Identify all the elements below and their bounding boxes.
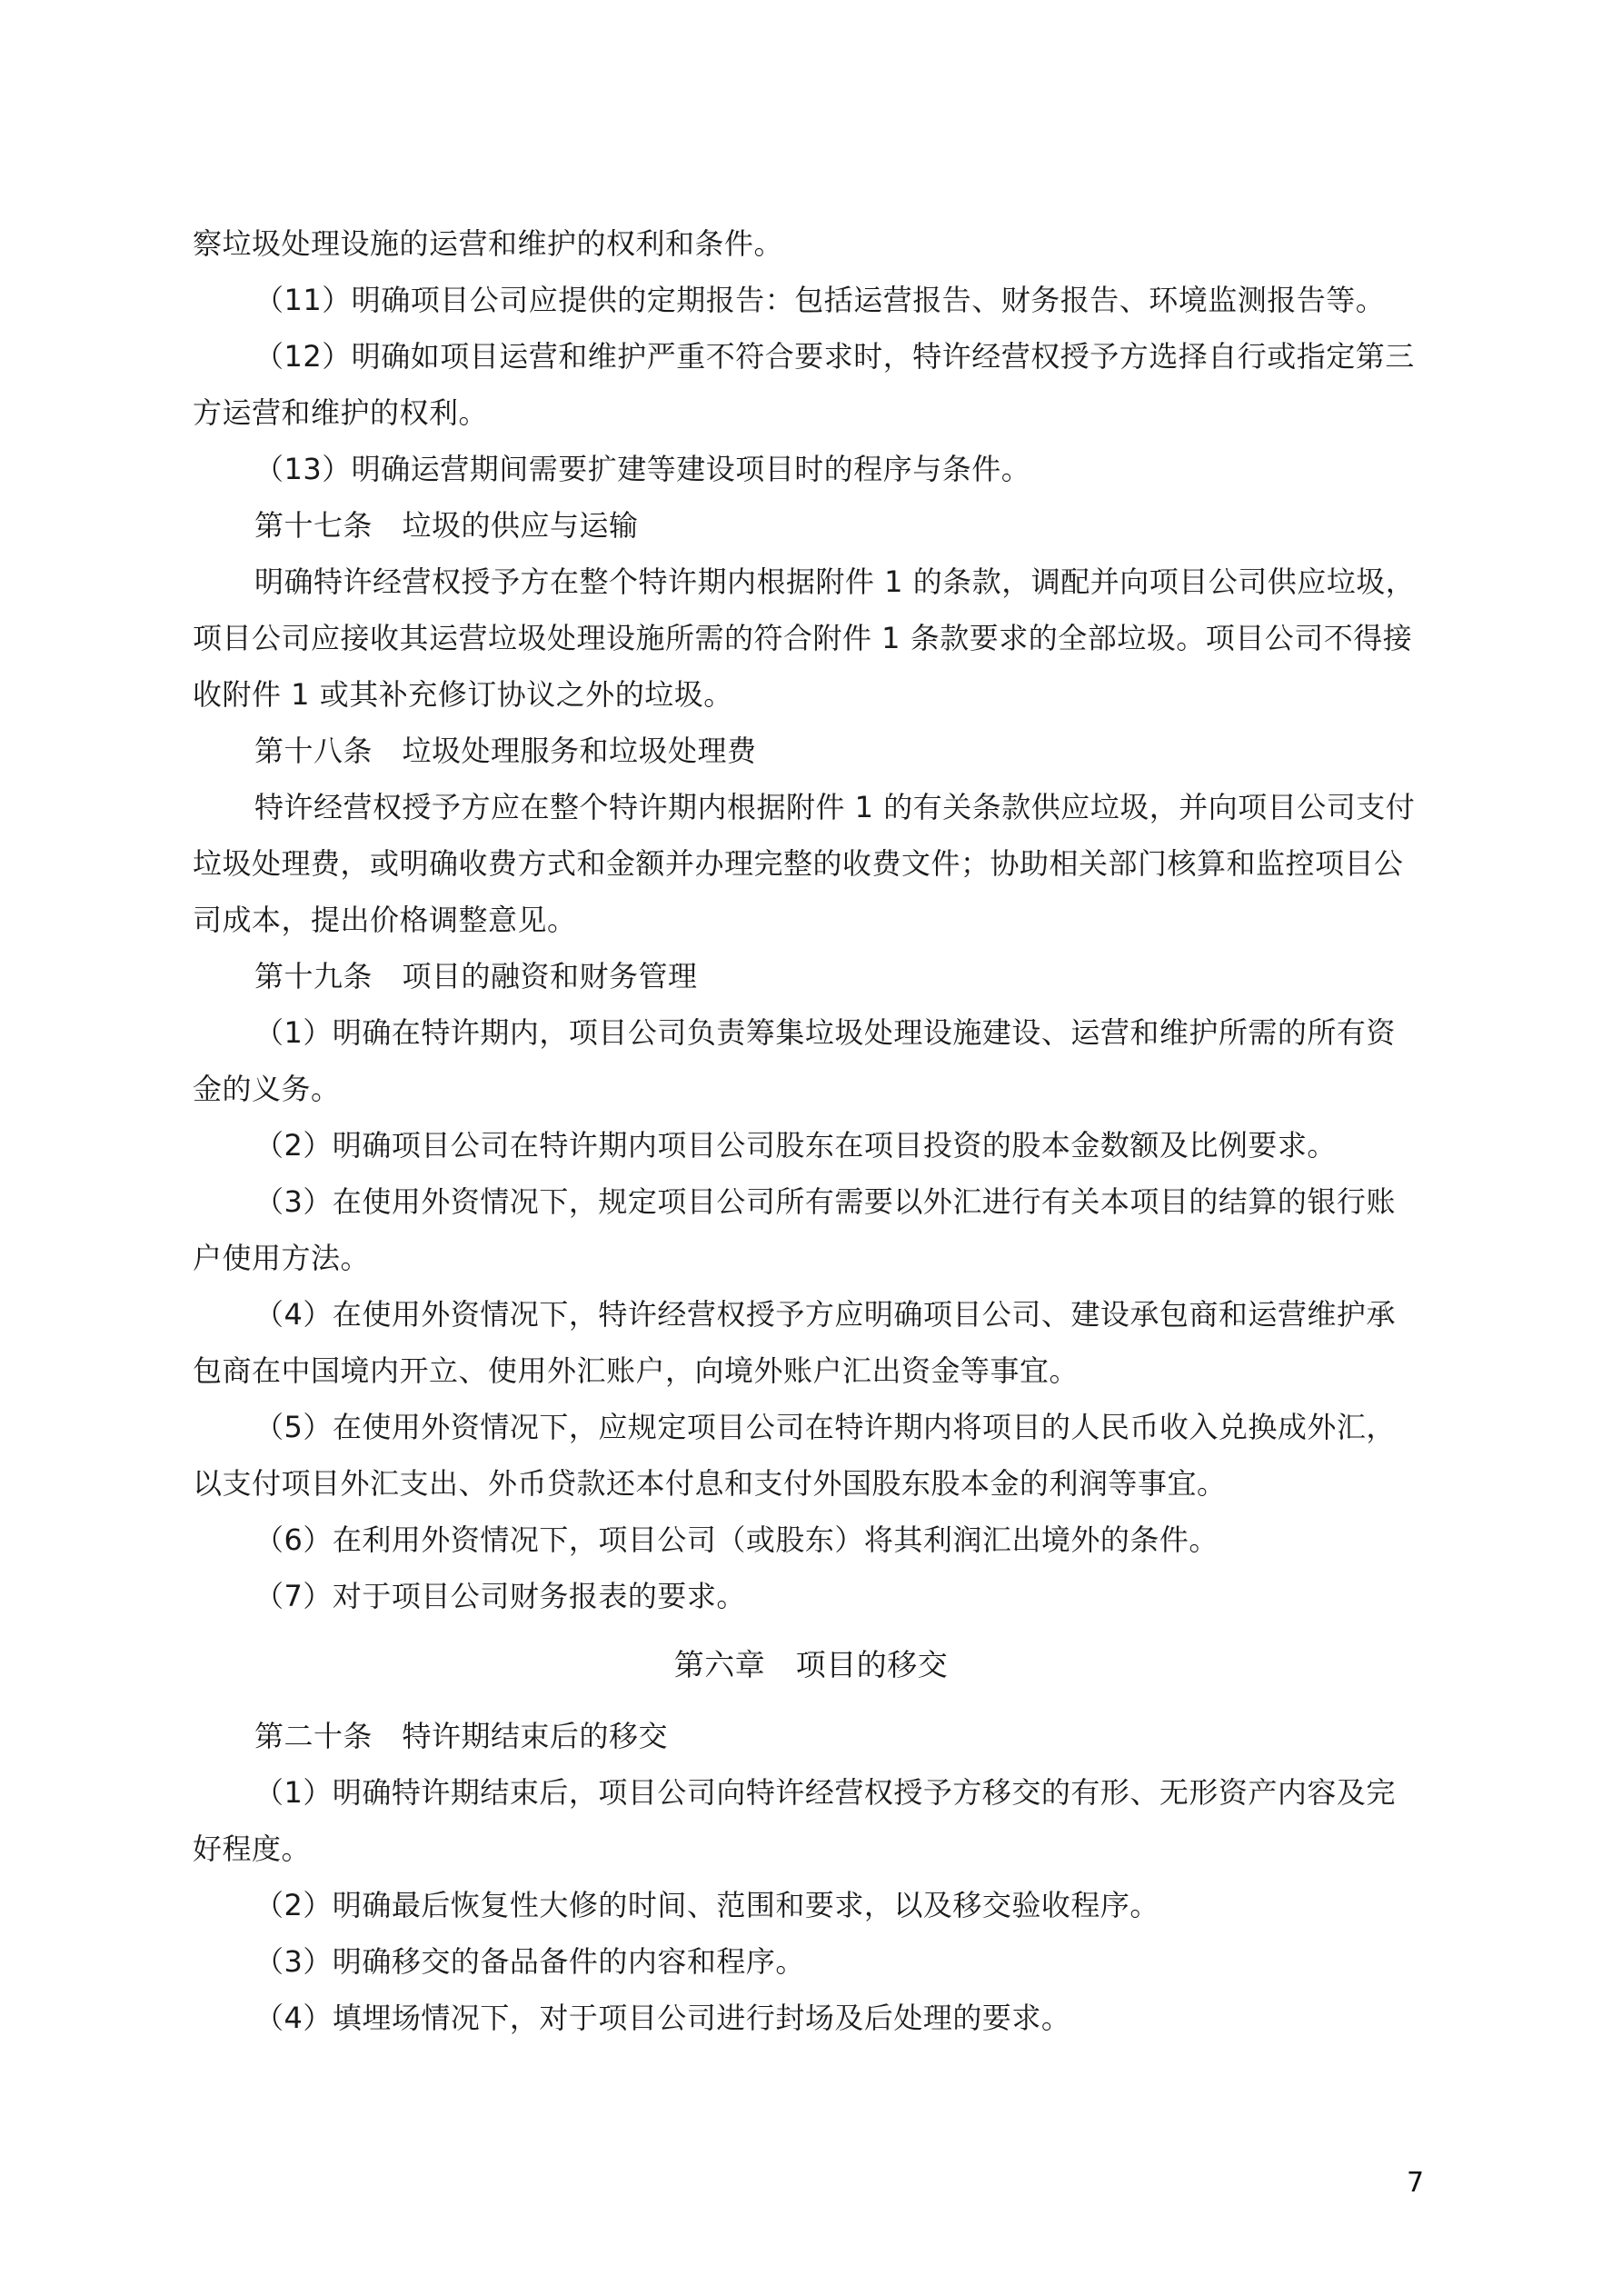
text-line: （7）对于项目公司财务报表的要求。 (254, 1578, 746, 1614)
text-line: （4）填埋场情况下，对于项目公司进行封场及后处理的要求。 (254, 2000, 1070, 2036)
chapter-heading: 第六章 项目的移交 (0, 1647, 1622, 1683)
text-line: 项目公司应接收其运营垃圾处理设施所需的符合附件 1 条款要求的全部垃圾。项目公司… (193, 620, 1412, 656)
text-line: 方运营和维护的权利。 (193, 394, 488, 431)
text-line: （11）明确项目公司应提供的定期报告：包括运营报告、财务报告、环境监测报告等。 (254, 282, 1385, 318)
text-line: （2）明确最后恢复性大修的时间、范围和要求，以及移交验收程序。 (254, 1887, 1159, 1923)
text-line: （12）明确如项目运营和维护严重不符合要求时，特许经营权授予方选择自行或指定第三 (254, 338, 1415, 374)
text-line: 户使用方法。 (193, 1240, 370, 1276)
text-line: （4）在使用外资情况下，特许经营权授予方应明确项目公司、建设承包商和运营维护承 (254, 1296, 1396, 1333)
text-line: 以支付项目外汇支出、外币贷款还本付息和支付外国股东股本金的利润等事宜。 (193, 1465, 1227, 1502)
text-line: （5）在使用外资情况下，应规定项目公司在特许期内将项目的人民币收入兑换成外汇， (254, 1409, 1396, 1445)
text-line: 金的义务。 (193, 1071, 341, 1107)
document-page: 察垃圾处理设施的运营和维护的权利和条件。（11）明确项目公司应提供的定期报告：包… (0, 0, 1622, 2296)
text-line: 察垃圾处理设施的运营和维护的权利和条件。 (193, 225, 783, 262)
text-line: 特许经营权授予方应在整个特许期内根据附件 1 的有关条款供应垃圾，并向项目公司支… (254, 789, 1415, 825)
text-line: 垃圾处理费，或明确收费方式和金额并办理完整的收费文件；协助相关部门核算和监控项目… (193, 845, 1404, 882)
text-line: 好程度。 (193, 1831, 311, 1867)
text-line: （3）在使用外资情况下，规定项目公司所有需要以外汇进行有关本项目的结算的银行账 (254, 1183, 1396, 1220)
text-line: （1）明确特许期结束后，项目公司向特许经营权授予方移交的有形、无形资产内容及完 (254, 1774, 1396, 1811)
text-line: 第二十条 特许期结束后的移交 (254, 1718, 668, 1754)
text-line: 第十九条 项目的融资和财务管理 (254, 958, 698, 994)
text-line: 第十七条 垃圾的供应与运输 (254, 507, 639, 544)
page-number: 7 (1407, 2167, 1424, 2200)
text-line: （1）明确在特许期内，项目公司负责筹集垃圾处理设施建设、运营和维护所需的所有资 (254, 1014, 1396, 1051)
text-line: 第十八条 垃圾处理服务和垃圾处理费 (254, 733, 757, 769)
text-line: 收附件 1 或其补充修订协议之外的垃圾。 (193, 676, 733, 713)
text-line: （2）明确项目公司在特许期内项目公司股东在项目投资的股本金数额及比例要求。 (254, 1127, 1337, 1163)
text-line: （13）明确运营期间需要扩建等建设项目时的程序与条件。 (254, 451, 1030, 487)
text-line: 司成本，提出价格调整意见。 (193, 902, 577, 938)
text-line: （6）在利用外资情况下，项目公司（或股东）将其利润汇出境外的条件。 (254, 1522, 1219, 1558)
text-line: （3）明确移交的备品备件的内容和程序。 (254, 1943, 805, 1980)
text-line: 明确特许经营权授予方在整个特许期内根据附件 1 的条款，调配并向项目公司供应垃圾… (254, 564, 1415, 600)
text-line: 包商在中国境内开立、使用外汇账户，向境外账户汇出资金等事宜。 (193, 1353, 1079, 1389)
